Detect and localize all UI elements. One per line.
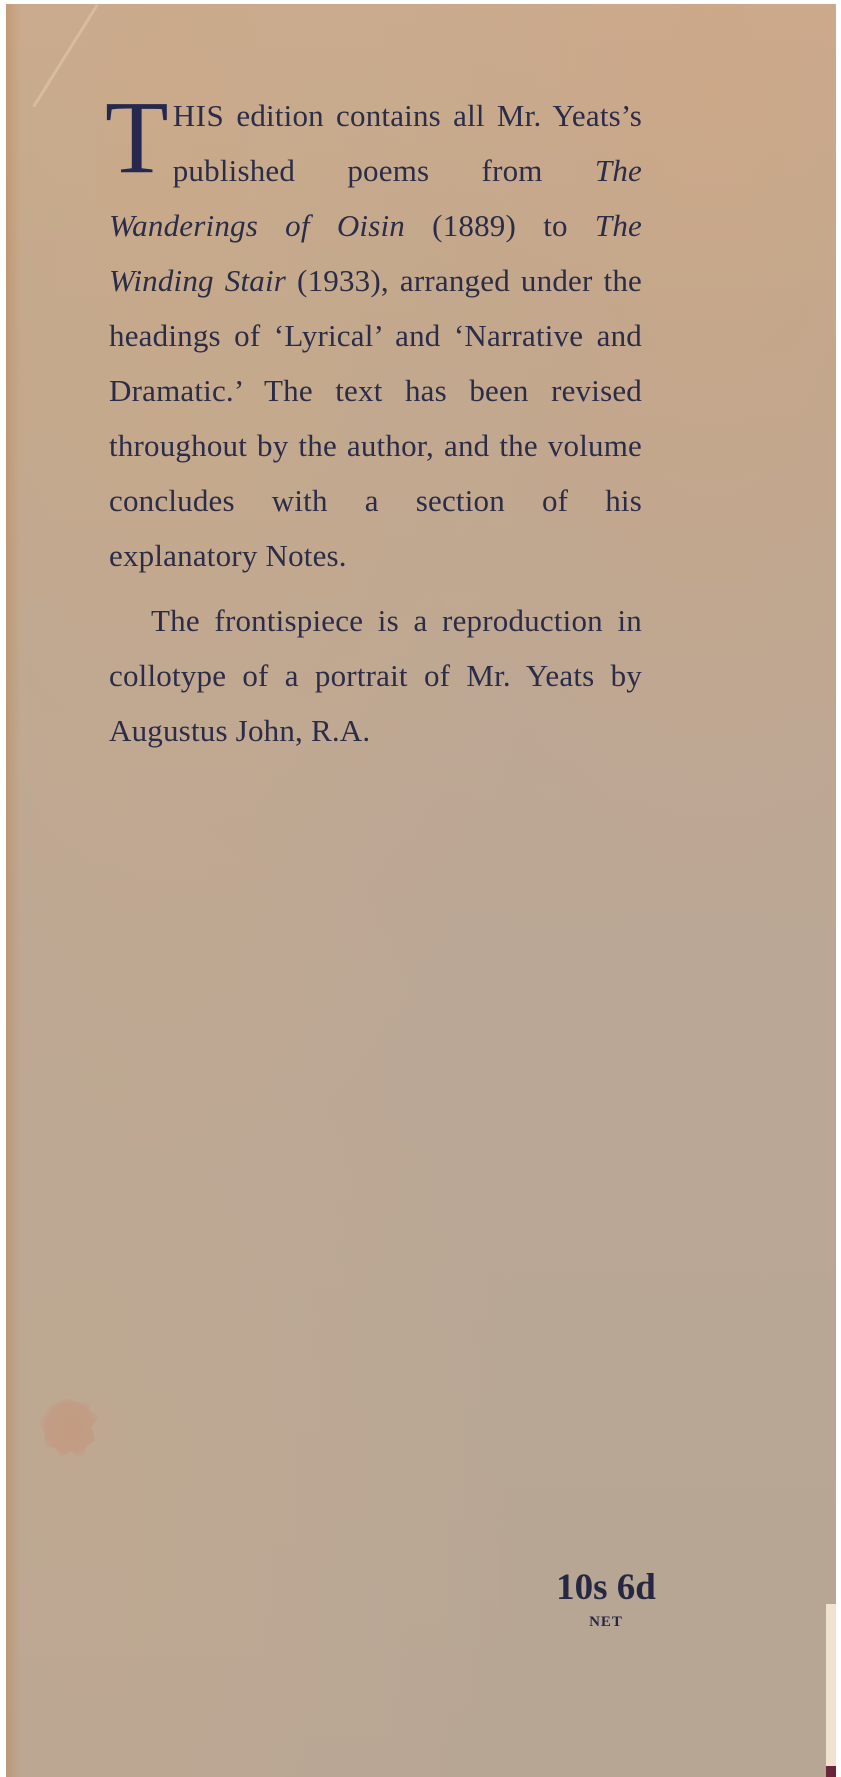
blurb-paragraph-1: THIS edition contains all Mr. Yeats’s pu… — [109, 88, 642, 583]
blurb-text: THIS edition contains all Mr. Yeats’s pu… — [109, 88, 642, 758]
paper-crease — [32, 4, 98, 107]
lead-word: HIS — [173, 98, 224, 133]
price-block: 10s 6d NET — [546, 1566, 666, 1631]
price-note: NET — [546, 1614, 666, 1631]
worn-left-edge — [6, 4, 20, 1777]
jacket-flap: THIS edition contains all Mr. Yeats’s pu… — [6, 4, 836, 1777]
drop-cap: T — [105, 96, 169, 182]
spine-color-mark — [826, 1766, 836, 1777]
text-segment: (1889) to — [405, 208, 595, 243]
foxing-stain — [40, 1397, 100, 1459]
text-segment: (1933), arranged under the headings of ‘… — [109, 263, 642, 573]
text-segment: edition contains all Mr. Yeats’s publish… — [173, 98, 642, 188]
price: 10s 6d — [546, 1566, 666, 1610]
spine-edge — [826, 1604, 836, 1777]
blurb-paragraph-2: The frontispiece is a reproduction in co… — [109, 593, 642, 758]
